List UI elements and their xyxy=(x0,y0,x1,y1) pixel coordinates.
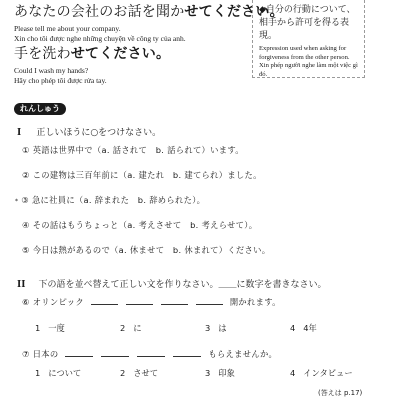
example-1-vietnamese: Xin cho tôi được nghe những chuyện về cô… xyxy=(14,34,186,43)
section-1-number: I xyxy=(17,128,21,138)
question-prefix: オリンピック xyxy=(33,297,84,307)
q7-option-2: 2 させて xyxy=(120,367,158,379)
question-2: ② この建物は三百年前に（a. 建たれ b. 建てられ）ました。 xyxy=(22,169,262,181)
section-1-header: I 正しいほうに○をつけなさい。 xyxy=(17,120,161,139)
practice-badge: れんしゅう xyxy=(14,103,66,115)
section-2-header: II 下の語を並べ替えて正しい文を作りなさい。＿＿に数字を書きなさい。 xyxy=(17,272,327,291)
answer-blank-1[interactable] xyxy=(65,348,93,357)
q7-option-3: 3 印象 xyxy=(205,367,235,379)
option-text: について xyxy=(48,368,81,378)
question-prefix: 日本の xyxy=(33,349,59,359)
section-2-instruction: 下の語を並べ替えて正しい文を作りなさい。＿＿に数字を書きなさい。 xyxy=(39,280,327,290)
question-number: ⑥ xyxy=(22,297,30,307)
option-text: させて xyxy=(133,368,158,378)
question-5: ⑤ 今日は熱があるので（a. 休ませて b. 休まれて）ください。 xyxy=(22,244,270,256)
q6-option-1: 1 一度 xyxy=(35,322,65,334)
answer-reference: (答えは p.17) xyxy=(318,388,362,398)
example-2-bold: せてください。 xyxy=(71,46,170,62)
diamond-bullet-icon: ◆ xyxy=(259,5,266,15)
answer-blank-4[interactable] xyxy=(196,296,223,305)
q7-option-1: 1 について xyxy=(35,367,81,379)
note-english: Expression used when asking for forgiven… xyxy=(259,45,358,62)
question-text: 今日は熱があるので（a. 休ませて b. 休まれて）ください。 xyxy=(33,245,271,255)
option-number: 2 xyxy=(120,368,125,378)
answer-blank-1[interactable] xyxy=(91,296,118,305)
option-number: 3 xyxy=(205,323,210,333)
option-number: 1 xyxy=(35,323,40,333)
option-text: 一度 xyxy=(48,323,65,333)
question-number: ⑦ xyxy=(22,349,30,359)
option-text: 4年 xyxy=(303,323,317,333)
q6-option-3: 3 は xyxy=(205,322,227,334)
asterisk-mark: * xyxy=(15,198,18,205)
option-text: インタビュー xyxy=(303,368,352,378)
grammar-note-box: ◆自分の行動について、相手から許可を得る表現。 Expression used … xyxy=(252,0,365,78)
example-1-english: Please tell me about your company. xyxy=(14,24,121,33)
question-text: 急に社員に（a. 辞まれた b. 辞められた）。 xyxy=(32,195,205,205)
option-number: 2 xyxy=(120,323,125,333)
example-2-vietnamese: Hãy cho phép tôi được rửa tay. xyxy=(14,76,107,85)
question-number: ④ xyxy=(22,220,30,230)
section-2-number: II xyxy=(17,280,25,290)
question-suffix: 開かれます。 xyxy=(230,297,281,307)
answer-blank-2[interactable] xyxy=(126,296,153,305)
question-text: その話はもうちょっと（a. 考えさせて b. 考えらせて）。 xyxy=(33,220,258,230)
option-text: に xyxy=(133,323,141,333)
answer-blank-3[interactable] xyxy=(137,348,165,357)
question-1: ① 英語は世界中で（a. 話されて b. 話られて）います。 xyxy=(22,144,244,156)
question-number: ③ xyxy=(21,195,29,205)
answer-blank-2[interactable] xyxy=(101,348,129,357)
option-number: 3 xyxy=(205,368,210,378)
question-6: ⑥ オリンピック 開かれます。 xyxy=(22,296,281,308)
option-number: 4 xyxy=(290,368,295,378)
question-number: ⑤ xyxy=(22,245,30,255)
section-1-instruction: 正しいほうに○をつけなさい。 xyxy=(36,128,161,138)
question-text: この建物は三百年前に（a. 建たれ b. 建てられ）ました。 xyxy=(33,170,262,180)
option-text: は xyxy=(218,323,226,333)
option-text: 印象 xyxy=(218,368,235,378)
question-text: 英語は世界中で（a. 話されて b. 話られて）います。 xyxy=(33,145,244,155)
note-vietnamese: Xin phép người nghe làm một việc gì đó. xyxy=(259,62,358,79)
question-7: ⑦ 日本の もらえませんか。 xyxy=(22,348,277,360)
q6-option-4: 4 4年 xyxy=(290,322,317,334)
question-suffix: もらえませんか。 xyxy=(208,349,277,359)
note-jp-text: 自分の行動について、相手から許可を得る表現。 xyxy=(259,5,356,41)
example-2-sentence: 手を洗わせてください。 xyxy=(14,43,170,63)
answer-blank-4[interactable] xyxy=(173,348,201,357)
option-number: 1 xyxy=(35,368,40,378)
example-2-plain: 手を洗わ xyxy=(14,46,71,62)
example-1-sentence: あなたの会社のお話を聞かせてください。 xyxy=(14,1,284,21)
note-japanese: ◆自分の行動について、相手から許可を得る表現。 xyxy=(259,4,358,43)
q7-option-4: 4 インタビュー xyxy=(290,367,353,379)
answer-blank-3[interactable] xyxy=(161,296,188,305)
example-2-english: Could I wash my hands? xyxy=(14,66,88,75)
question-4: ④ その話はもうちょっと（a. 考えさせて b. 考えらせて）。 xyxy=(22,219,257,231)
example-1-plain: あなたの会社のお話を聞か xyxy=(14,4,184,20)
question-number: ① xyxy=(22,145,30,155)
option-number: 4 xyxy=(290,323,295,333)
q6-option-2: 2 に xyxy=(120,322,142,334)
question-number: ② xyxy=(22,170,30,180)
question-3: * ③ 急に社員に（a. 辞まれた b. 辞められた）。 xyxy=(15,194,205,206)
